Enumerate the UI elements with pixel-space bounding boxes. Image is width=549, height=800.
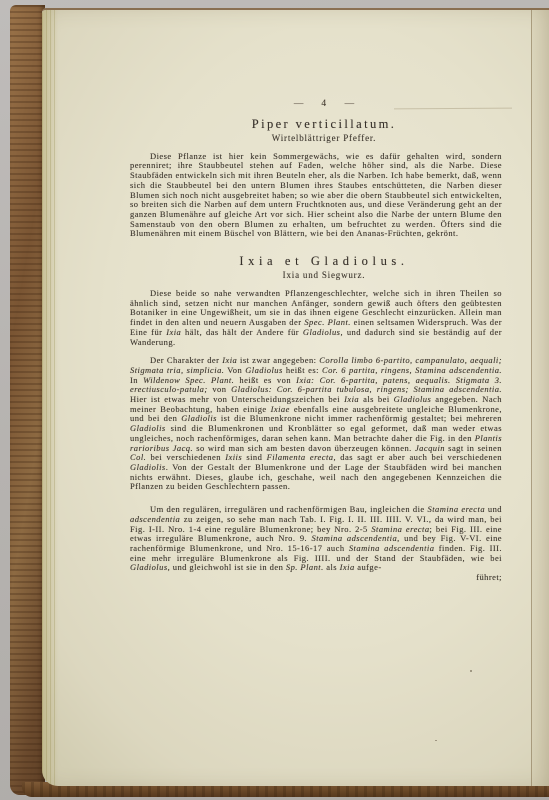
right-fore-edge-line [531, 10, 549, 786]
paragraph: Um den regulären, irregulären und rachen… [130, 505, 502, 573]
book-page: — 4 — Piper verticillatum. Wirtelblättri… [42, 8, 549, 786]
hyphenation-continuation: führet; [130, 573, 502, 583]
ink-speck [435, 740, 437, 741]
page-number-dash-right: — [345, 100, 355, 110]
paragraph: Diese beide so nahe verwandten Pflanzeng… [130, 289, 502, 347]
left-page-stack-stripes [42, 10, 58, 786]
section-title: Ixia et Gladiolus. [130, 254, 502, 268]
section-piper-verticillatum: Piper verticillatum. Wirtelblättriger Pf… [130, 117, 502, 239]
ink-speck [470, 670, 472, 672]
page-number-dash-left: — [294, 100, 304, 110]
book-left-fore-edges [10, 5, 45, 795]
paragraph: Diese Pflanze ist hier kein Sommergewäch… [130, 152, 502, 239]
page-number: 4 [321, 100, 326, 110]
page-number-row: — 4 — [130, 100, 502, 110]
printed-text-block: — 4 — Piper verticillatum. Wirtelblättri… [130, 100, 502, 583]
paragraph: Der Charakter der Ixia ist zwar angegebe… [130, 356, 502, 492]
section-subtitle: Ixia und Siegwurz. [130, 270, 502, 281]
section-ixia-et-gladiolus: Ixia et Gladiolus. Ixia und Siegwurz. Di… [130, 254, 502, 583]
section-subtitle: Wirtelblättriger Pfeffer. [130, 133, 502, 144]
section-title: Piper verticillatum. [130, 117, 502, 131]
